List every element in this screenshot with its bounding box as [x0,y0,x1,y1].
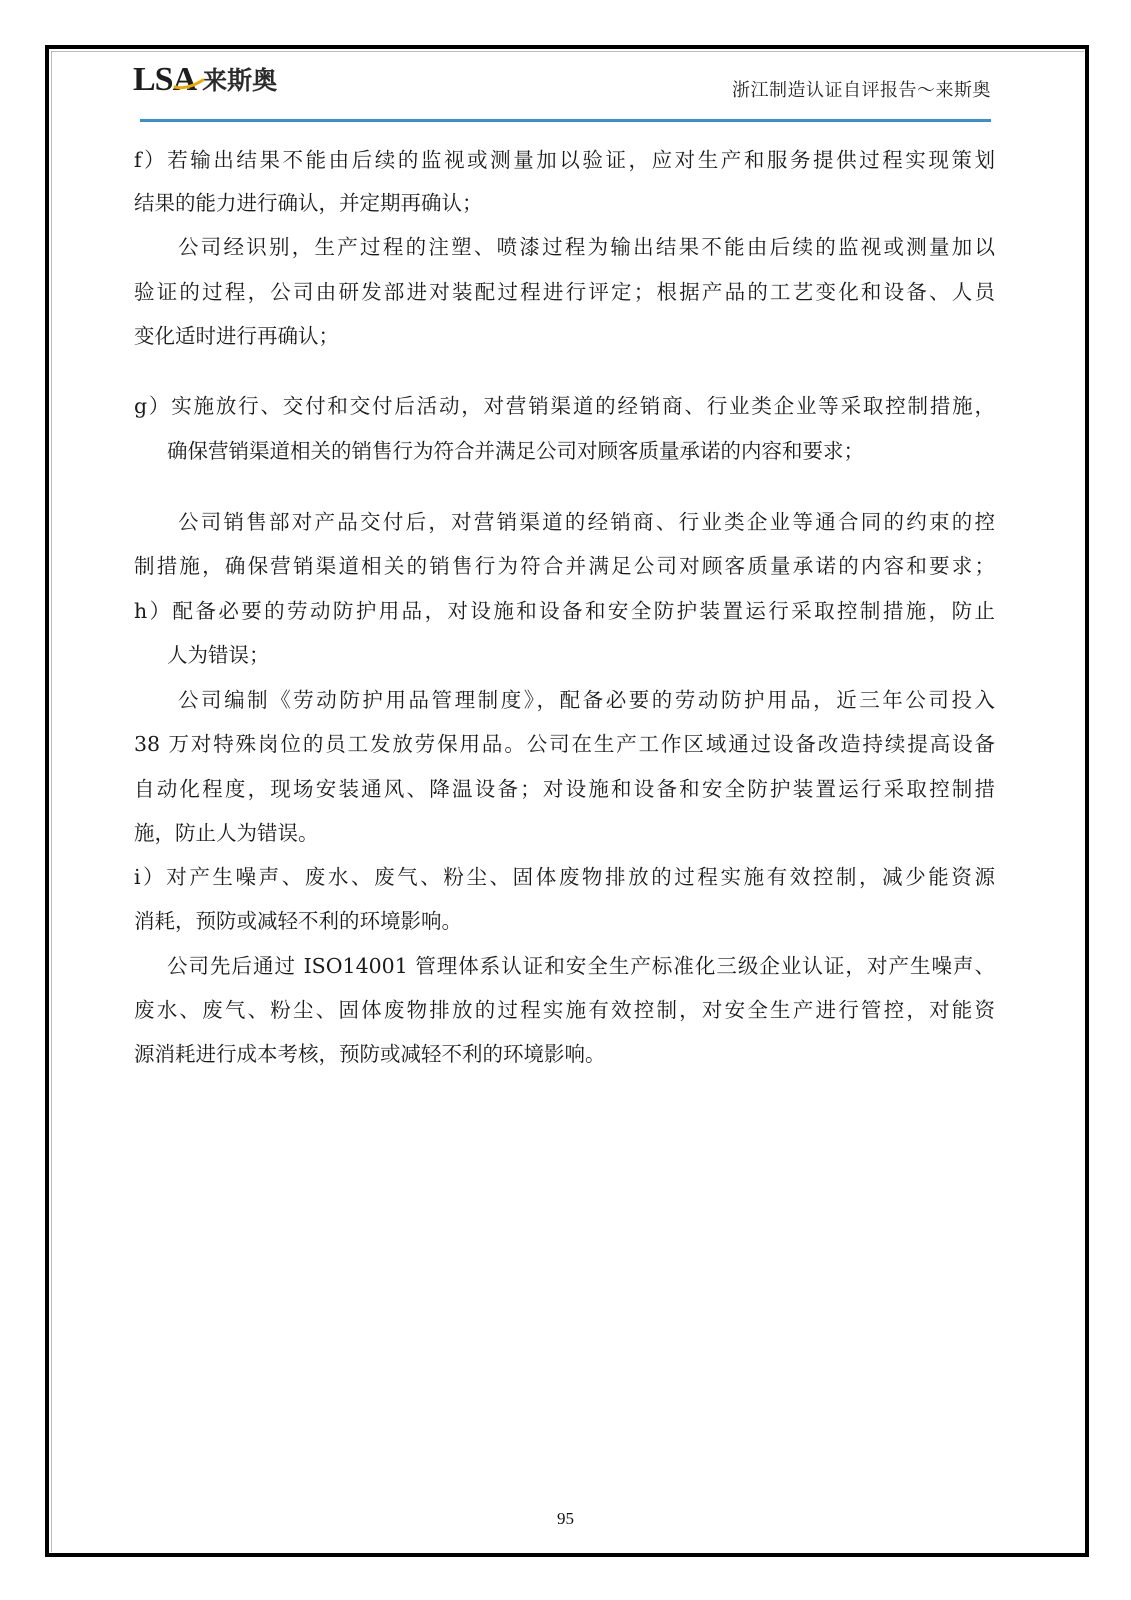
text-line: g）实施放行、交付和交付后活动，对营销渠道的经销商、行业类企业等采取控制措施， [134,392,995,420]
text-line: 确保营销渠道相关的销售行为符合并满足公司对顾客质量承诺的内容和要求； [167,437,864,465]
text-line: 公司先后通过 ISO14001 管理体系认证和安全生产标准化三级企业认证，对产生… [167,952,995,980]
text-line: 源消耗进行成本考核，预防或减轻不利的环境影响。 [134,1040,606,1068]
header-divider [140,119,991,122]
text-line: 公司编制《劳动防护用品管理制度》，配备必要的劳动防护用品，近三年公司投入 [178,686,995,714]
text-line: 变化适时进行再确认； [134,322,339,350]
logo-chinese-name: 来斯奥 [202,68,277,93]
document-title: 浙江制造认证自评报告～来斯奥 [732,76,991,102]
text-line: 消耗，预防或减轻不利的环境影响。 [134,907,462,935]
logo-swoosh-icon [173,78,205,90]
text-line: 38 万对特殊岗位的员工发放劳保用品。公司在生产工作区域通过设备改造持续提高设备 [134,730,995,758]
page-number: 95 [0,1509,1131,1529]
text-line: 自动化程度，现场安装通风、降温设备；对设施和设备和安全防护装置运行采取控制措 [134,775,995,803]
text-line: f）若输出结果不能由后续的监视或测量加以验证，应对生产和服务提供过程实现策划 [134,146,995,174]
text-line: 公司经识别，生产过程的注塑、喷漆过程为输出结果不能由后续的监视或测量加以 [178,233,995,261]
text-line: 施，防止人为错误。 [134,819,319,847]
text-line: i）对产生噪声、废水、废气、粉尘、固体废物排放的过程实施有效控制，减少能资源 [134,863,995,891]
text-line: 公司销售部对产品交付后，对营销渠道的经销商、行业类企业等通合同的约束的控 [178,508,995,536]
text-line: h）配备必要的劳动防护用品，对设施和设备和安全防护装置运行采取控制措施，防止 [134,597,995,625]
company-logo: LSA 来斯奥 [133,60,277,100]
text-line: 废水、废气、粉尘、固体废物排放的过程实施有效控制，对安全生产进行管控，对能资 [134,996,995,1024]
text-line: 制措施，确保营销渠道相关的销售行为符合并满足公司对顾客质量承诺的内容和要求； [134,552,995,580]
text-line: 人为错误； [167,641,270,669]
text-line: 结果的能力进行确认，并定期再确认； [134,189,483,217]
text-line: 验证的过程，公司由研发部进对装配过程进行评定；根据产品的工艺变化和设备、人员 [134,278,995,306]
